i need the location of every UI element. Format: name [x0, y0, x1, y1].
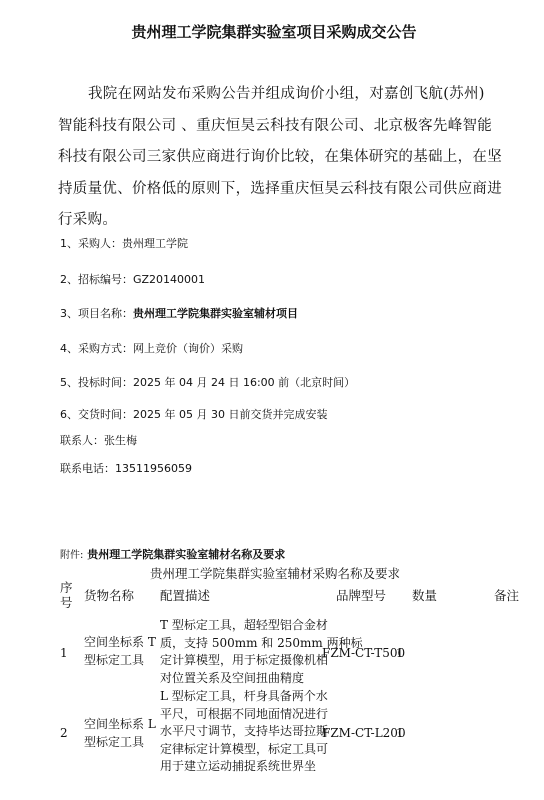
desc-line: 水平尺寸调节，支持毕达哥拉斯 [160, 723, 328, 741]
info-label: 2、招标编号： [60, 273, 133, 286]
info-item-bid-number: 2、招标编号：GZ20140001 [60, 271, 205, 287]
info-item-procurement-method: 4、采购方式：网上竞价（询价）采购 [60, 340, 243, 356]
row-2-name: 空间坐标系 L 型标定工具 [84, 716, 156, 751]
table-title: 贵州理工学院集群实验室辅材采购名称及要求 [0, 564, 544, 582]
info-label: 联系电话： [60, 462, 115, 475]
desc-line: 用于建立运动捕捉系统世界坐 [160, 758, 328, 776]
info-item-delivery-time: 6、交货时间：2025 年 05 月 30 日前交货并完成安装 [60, 406, 327, 422]
header-no-line: 序 [60, 580, 73, 595]
info-label: 联系人： [60, 434, 104, 447]
info-label: 6、交货时间： [60, 408, 133, 421]
info-value: 2025 年 04 月 24 日 16:00 前（北京时间） [133, 376, 355, 389]
header-note: 备注 [494, 587, 519, 605]
desc-line: T 型标定工具，超轻型铝合金材 [160, 617, 363, 635]
row-2-no: 2 [60, 725, 68, 743]
row-2-model: FZM-CT-L200 [322, 725, 406, 743]
info-label: 4、采购方式： [60, 342, 133, 355]
row-1-name: 空间坐标系 T 型标定工具 [84, 634, 156, 669]
name-line: 空间坐标系 L [84, 716, 156, 734]
intro-paragraph: 我院在网站发布采购公告并组成询价小组，对嘉创飞航(苏州) 智能科技有限公司 、重… [58, 79, 488, 237]
desc-line: 定律标定计算模型，标定工具可 [160, 741, 328, 759]
row-1-no: 1 [60, 645, 68, 663]
row-1-quantity: 1 [396, 645, 404, 663]
intro-line: 我院在网站发布采购公告并组成询价小组，对嘉创飞航(苏州) [58, 79, 488, 111]
info-label: 1、采购人： [60, 237, 122, 250]
info-value: 张生梅 [104, 434, 137, 447]
info-label: 5、投标时间： [60, 376, 133, 389]
contact-person: 联系人：张生梅 [60, 432, 137, 448]
row-1-model: FZM-CT-T500 [322, 645, 405, 663]
row-2-quantity: 1 [396, 725, 404, 743]
info-value: 网上竞价（询价）采购 [133, 342, 243, 355]
intro-line: 智能科技有限公司 、重庆恒昊云科技有限公司、北京极客先峰智能 [58, 111, 488, 143]
page-title: 贵州理工学院集群实验室项目采购成交公告 [2, 21, 544, 42]
row-2-description: L 型标定工具，杆身具备两个水 平尺，可根据不同地面情况进行 水平尺寸调节，支持… [160, 688, 328, 776]
intro-line: 科技有限公司三家供应商进行询价比较，在集体研究的基础上，在坚 [58, 142, 488, 174]
name-line: 型标定工具 [84, 652, 156, 670]
header-no: 序 号 [60, 580, 73, 610]
contact-phone: 联系电话：13511956059 [60, 460, 192, 476]
name-line: 型标定工具 [84, 734, 156, 752]
desc-line: L 型标定工具，杆身具备两个水 [160, 688, 328, 706]
name-line: 空间坐标系 T [84, 634, 156, 652]
attachment-title: 贵州理工学院集群实验室辅材名称及要求 [87, 548, 285, 561]
intro-line: 持质量优、价格低的原则下，选择重庆恒昊云科技有限公司供应商进 [58, 174, 488, 206]
header-no-line: 号 [60, 595, 73, 610]
info-item-bid-time: 5、投标时间：2025 年 04 月 24 日 16:00 前（北京时间） [60, 374, 355, 390]
attachment-prefix: 附件: [60, 550, 83, 561]
info-value: 贵州理工学院集群实验室辅材项目 [133, 307, 298, 320]
header-description: 配置描述 [160, 587, 210, 605]
info-item-project-name: 3、项目名称：贵州理工学院集群实验室辅材项目 [60, 305, 298, 321]
desc-line: 平尺，可根据不同地面情况进行 [160, 706, 328, 724]
header-quantity: 数量 [412, 587, 437, 605]
header-name: 货物名称 [84, 587, 134, 605]
info-value: 贵州理工学院 [122, 237, 188, 250]
header-model: 品牌型号 [336, 587, 386, 605]
info-value: GZ20140001 [133, 273, 205, 286]
attachment-heading: 附件: 贵州理工学院集群实验室辅材名称及要求 [60, 546, 285, 562]
info-value: 2025 年 05 月 30 日前交货并完成安装 [133, 408, 327, 421]
info-item-purchaser: 1、采购人：贵州理工学院 [60, 235, 188, 251]
desc-line: 对位置关系及空间扭曲精度 [160, 670, 363, 688]
info-label: 3、项目名称： [60, 307, 133, 320]
info-value: 13511956059 [115, 462, 192, 475]
intro-line: 行采购。 [58, 205, 488, 237]
